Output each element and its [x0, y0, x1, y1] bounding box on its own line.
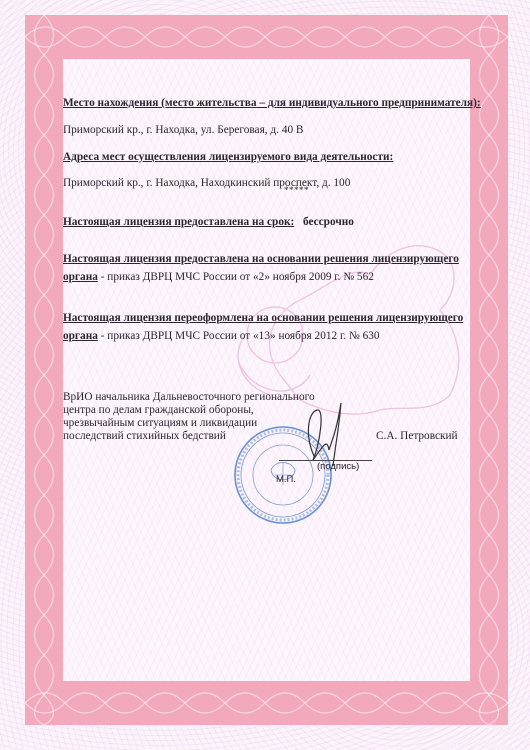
seal-caption: М.П. [276, 475, 296, 486]
signature-caption: (подпись) [317, 462, 359, 473]
activity-address-heading: Адреса мест осуществления лицензируемого… [63, 151, 393, 164]
signatory-line-2: центра по делам гражданской обороны, [63, 404, 254, 417]
term-value: бессрочно [303, 216, 354, 229]
reissue-line: органа - приказ ДВРЦ МЧС России от «13» … [63, 330, 380, 343]
basis-line: органа - приказ ДВРЦ МЧС России от «2» н… [63, 271, 374, 284]
separator: ***** [284, 185, 309, 195]
location-value: Приморский кр., г. Находка, ул. Берегова… [63, 124, 303, 137]
location-heading: Место нахождения (место жительства – для… [63, 97, 481, 110]
signatory-line-1: ВрИО начальника Дальневосточного региона… [63, 391, 315, 404]
signatory-name: С.А. Петровский [376, 430, 458, 443]
reissue-heading: Настоящая лицензия переоформлена на осно… [63, 312, 463, 325]
signatory-line-4: последствий стихийных бедствий [63, 430, 226, 443]
reissue-value: - приказ ДВРЦ МЧС России от «13» ноября … [98, 330, 380, 342]
basis-heading: Настоящая лицензия предоставлена на осно… [63, 253, 459, 266]
reissue-heading-end: органа [63, 330, 98, 342]
basis-value: - приказ ДВРЦ МЧС России от «2» ноября 2… [98, 271, 374, 283]
term-heading: Настоящая лицензия предоставлена на срок… [63, 216, 294, 229]
signatory-line-3: чрезвычайным ситуациям и ликвидации [63, 417, 257, 430]
basis-heading-end: органа [63, 271, 98, 283]
